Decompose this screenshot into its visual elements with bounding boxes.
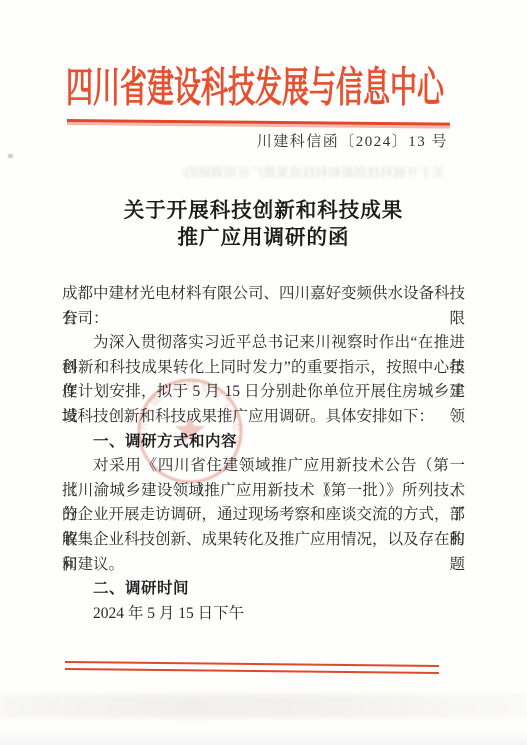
page-bottom-shadow [0, 731, 527, 745]
paragraph-line: 域科技创新和科技成果推广应用调研。具体安排如下： [62, 405, 465, 430]
document-body: 成都中建材光电材料有限公司、四川嘉好变频供水设备科技有限 公司： 为深入贯彻落实… [62, 282, 465, 626]
scanned-letterhead-document: 四川省建设科技发展与信息中心 川建科信函〔2024〕13 号 关于开展科技创新和… [0, 0, 527, 745]
document-title-line2: 推广应用调研的函 [0, 225, 527, 252]
paragraph-line: 收集企业科技创新、成果转化及推广应用情况，以及存在的问题 [62, 528, 465, 553]
recipient-line: 成都中建材光电材料有限公司、四川嘉好变频供水设备科技有限 [62, 282, 465, 307]
footer-rule [65, 661, 439, 674]
paragraph-line: 作计划安排，拟于 5 月 15 日分别赴你单位开展住房城乡建设领 [62, 380, 465, 405]
org-title: 四川省建设科技发展与信息中心 [66, 64, 448, 112]
document-title: 关于开展科技创新和科技成果 推广应用调研的函 [0, 198, 527, 252]
paragraph-line: 创新和科技成果转化上同时发力”的重要指示，按照中心年度工 [62, 356, 465, 381]
paragraph-line: 为深入贯彻落实习近平总书记来川视察时作出“在推进科技 [62, 331, 465, 356]
section-heading-2: 二、调研时间 [62, 577, 465, 602]
bleed-through-artifact: 关于开展科技创新和科技成果推广应用调研的函 [183, 162, 445, 181]
paragraph-line: 《川渝城乡建设领域推广应用新技术（第一批）》所列技术的部 [62, 479, 465, 504]
date-line: 2024 年 5 月 15 日下午 [62, 602, 465, 627]
paper-shadow-band [0, 694, 527, 718]
seal-star-icon [175, 415, 205, 444]
scan-speck-artifact [8, 154, 13, 158]
paragraph-line: 分企业开展走访调研，通过现场考察和座谈交流的方式，了解和 [62, 503, 465, 528]
official-seal: 四川省建设科技发展与信息中心 [133, 374, 247, 488]
letterhead-divider-rule [67, 119, 450, 126]
document-title-line1: 关于开展科技创新和科技成果 [0, 198, 527, 225]
paragraph-line: 对采用《四川省住建领域推广应用新技术公告（第一批）》、 [62, 454, 465, 479]
document-number: 川建科信函〔2024〕13 号 [0, 130, 448, 151]
section-heading-1: 一、调研方式和内容 [62, 430, 465, 455]
